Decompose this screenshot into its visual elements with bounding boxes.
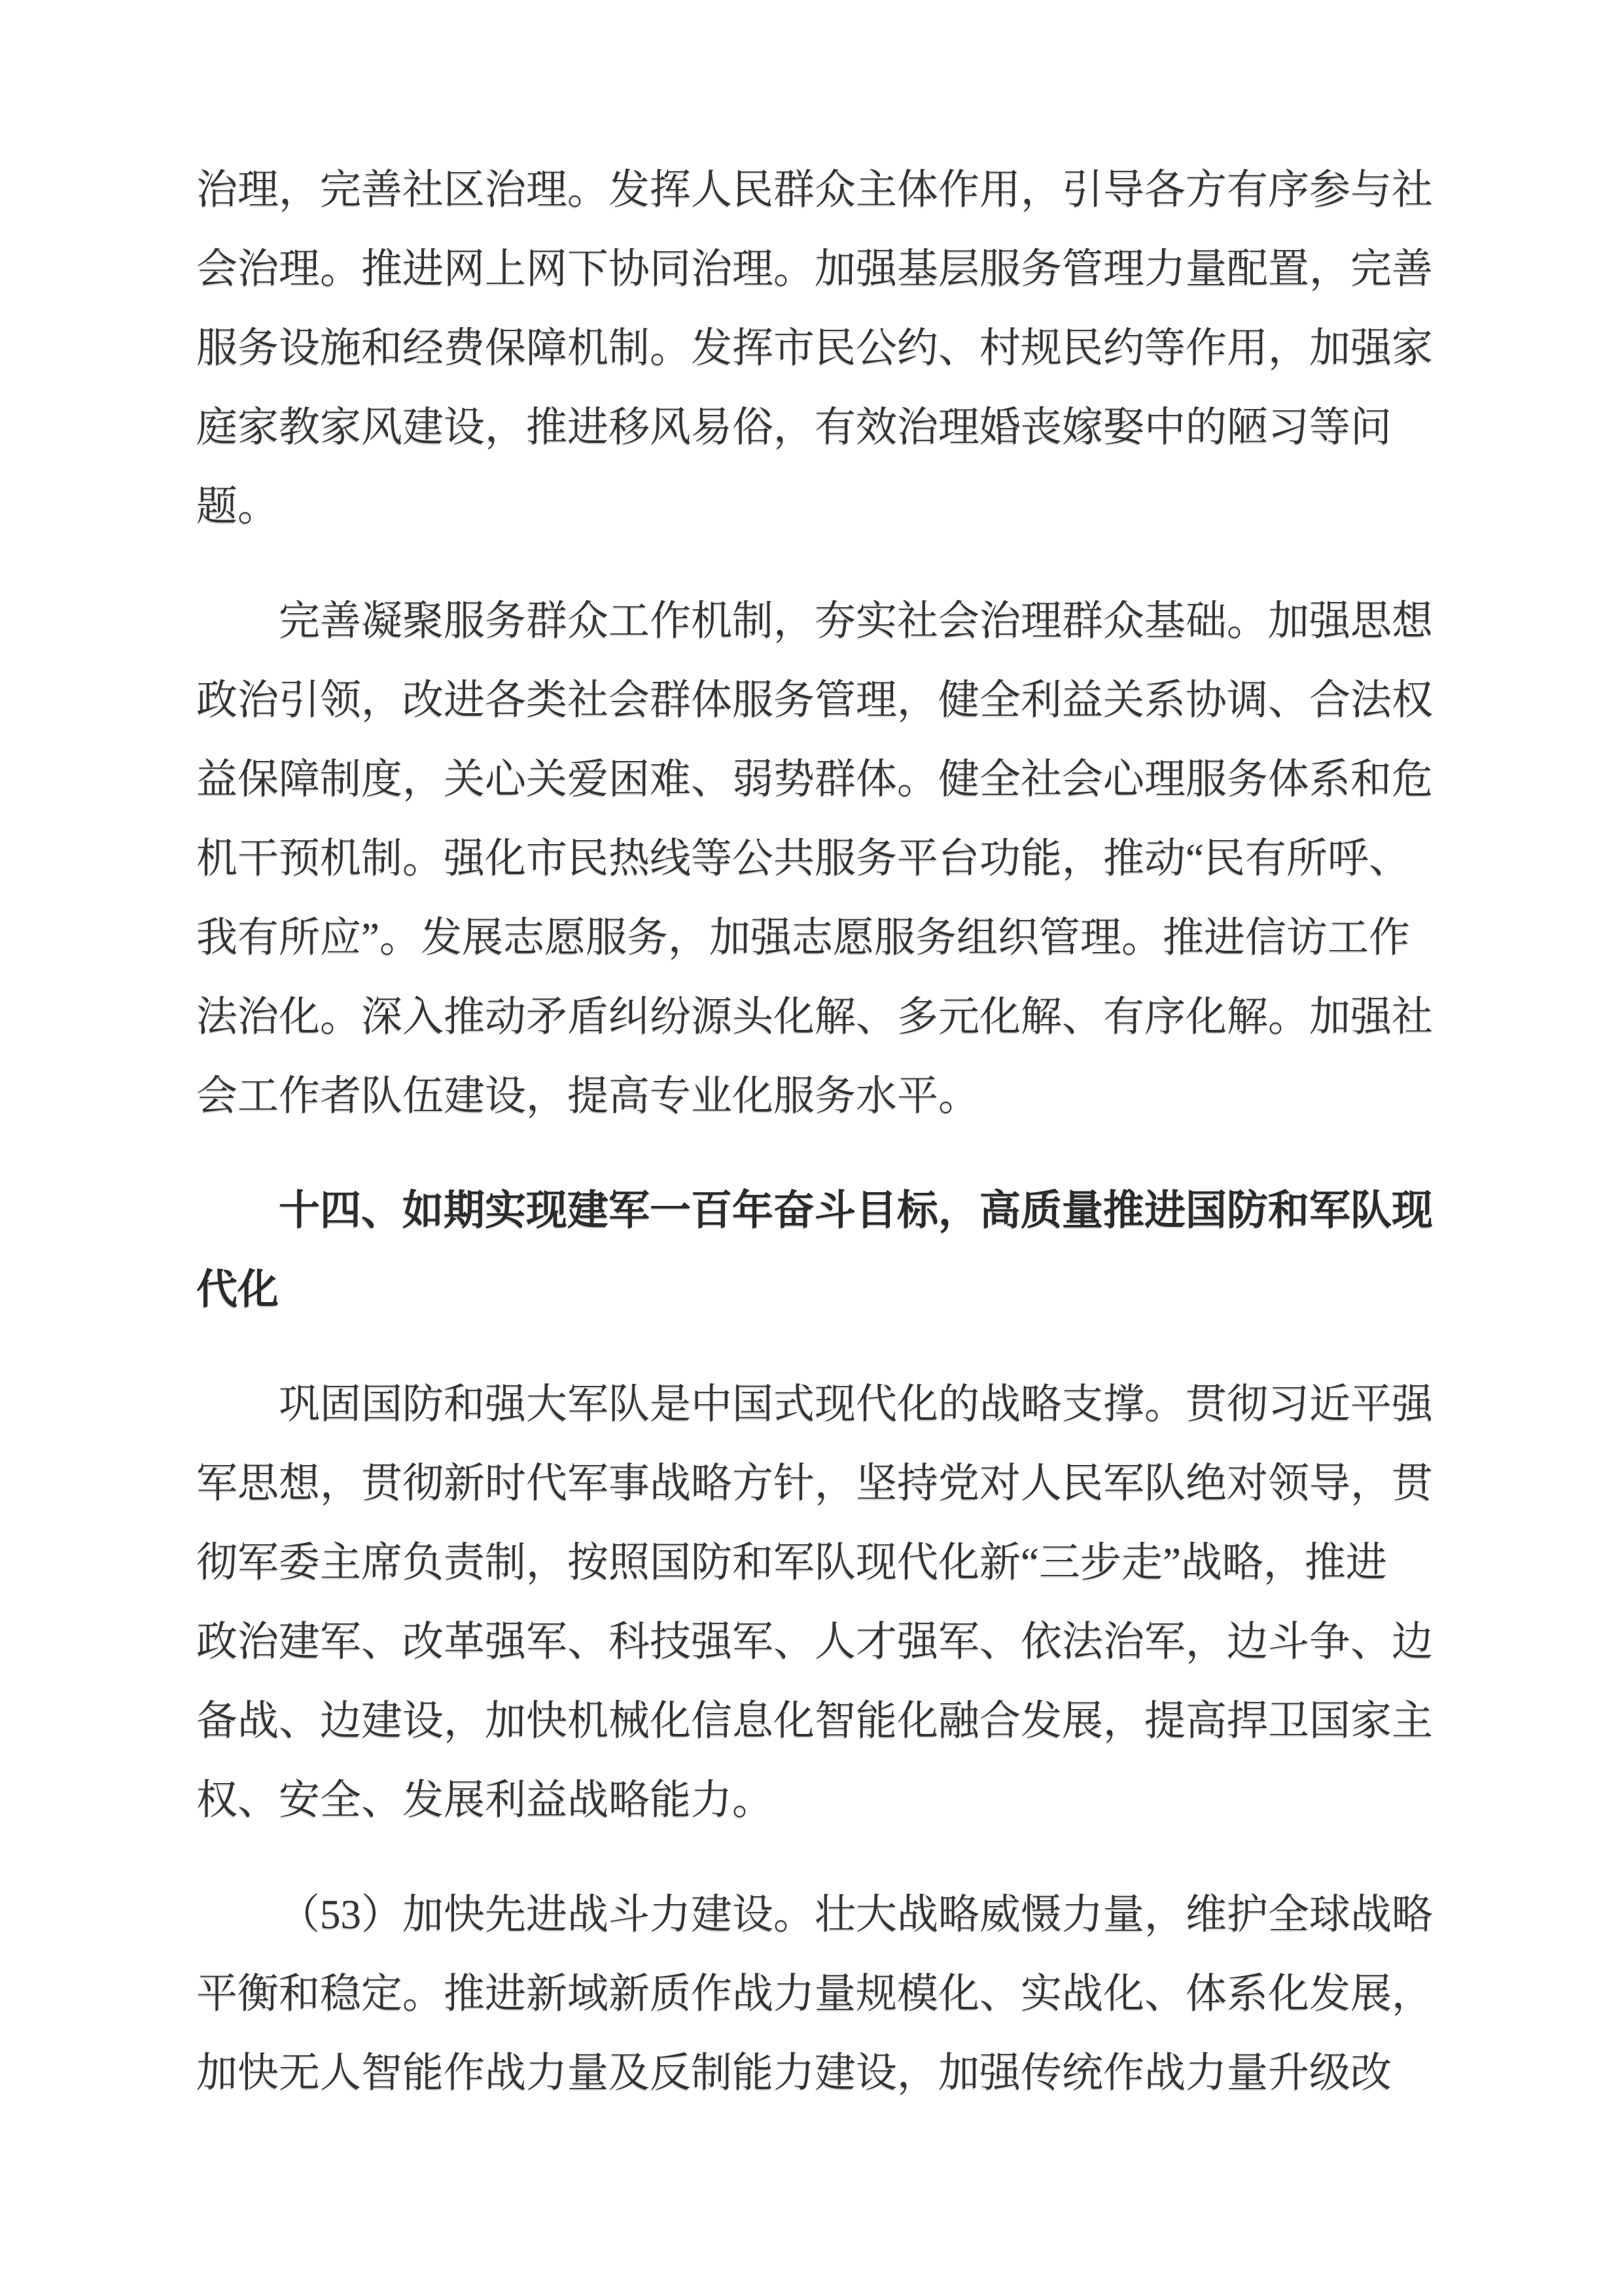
paragraph-national-defense: 巩固国防和强大军队是中国式现代化的战略支撑。贯彻习近平强 军思想，贯彻新时代军事… <box>196 1365 1433 1840</box>
paragraph-social-governance: 完善凝聚服务群众工作机制，夯实社会治理群众基础。加强思想 政治引领，改进各类社会… <box>196 582 1433 1136</box>
document-page: 治理，完善社区治理。发挥人民群众主体作用，引导各方有序参与社 会治理。推进网上网… <box>0 0 1622 2296</box>
paragraph-item-53: （53）加快先进战斗力建设。壮大战略威慑力量，维护全球战略 平衡和稳定。推进新域… <box>196 1875 1433 2113</box>
paragraph-continuation: 治理，完善社区治理。发挥人民群众主体作用，引导各方有序参与社 会治理。推进网上网… <box>196 150 1433 546</box>
section-heading-14: 十四、如期实现建军一百年奋斗目标，高质量推进国防和军队现 代化 <box>196 1171 1433 1330</box>
